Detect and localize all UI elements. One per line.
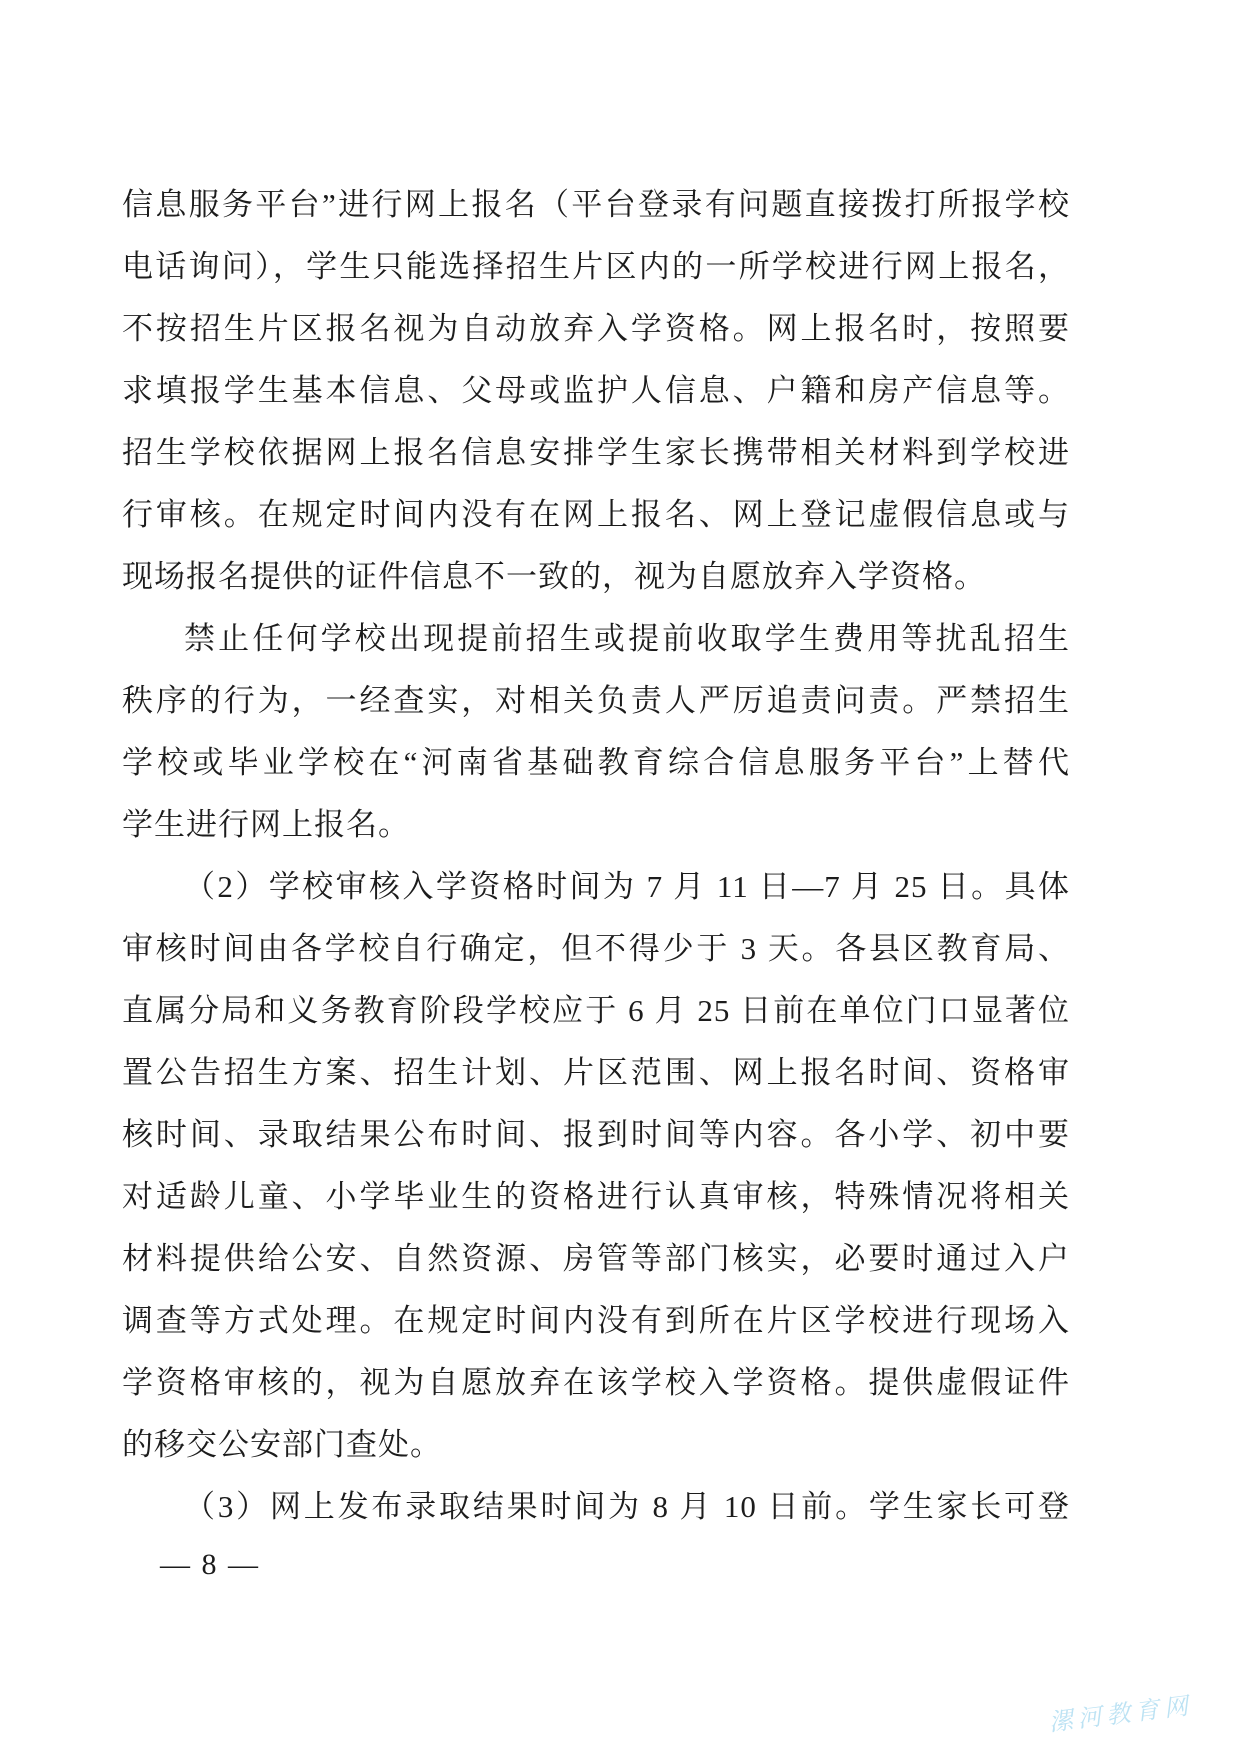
text-line: 调查等方式处理。在规定时间内没有到所在片区学校进行现场入 — [122, 1290, 1070, 1352]
text-line: 电话询问），学生只能选择招生片区内的一所学校进行网上报名， — [122, 236, 1070, 298]
text-line: 学资格审核的，视为自愿放弃在该学校入学资格。提供虚假证件 — [122, 1352, 1070, 1414]
text-line: 行审核。在规定时间内没有在网上报名、网上登记虚假信息或与 — [122, 484, 1070, 546]
text-line: 现场报名提供的证件信息不一致的，视为自愿放弃入学资格。 — [122, 546, 1070, 608]
text-line: 材料提供给公安、自然资源、房管等部门核实，必要时通过入户 — [122, 1228, 1070, 1290]
text-line: 对适龄儿童、小学毕业生的资格进行认真审核，特殊情况将相关 — [122, 1166, 1070, 1228]
text-line: 求填报学生基本信息、父母或监护人信息、户籍和房产信息等。 — [122, 360, 1070, 422]
text-line: 秩序的行为，一经查实，对相关负责人严厉追责问责。严禁招生 — [122, 670, 1070, 732]
page-number: — 8 — — [160, 1548, 260, 1582]
text-line: 招生学校依据网上报名信息安排学生家长携带相关材料到学校进 — [122, 422, 1070, 484]
text-line: 禁止任何学校出现提前招生或提前收取学生费用等扰乱招生 — [122, 608, 1070, 670]
text-line: 置公告招生方案、招生计划、片区范围、网上报名时间、资格审 — [122, 1042, 1070, 1104]
text-line: 不按招生片区报名视为自动放弃入学资格。网上报名时，按照要 — [122, 298, 1070, 360]
text-line: 学校或毕业学校在“河南省基础教育综合信息服务平台”上替代 — [122, 732, 1070, 794]
text-line: （2）学校审核入学资格时间为 7 月 11 日—7 月 25 日。具体 — [122, 856, 1070, 918]
text-line: 核时间、录取结果公布时间、报到时间等内容。各小学、初中要 — [122, 1104, 1070, 1166]
document-page: 信息服务平台”进行网上报名（平台登录有问题直接拨打所报学校 电话询问），学生只能… — [0, 0, 1240, 1754]
watermark-stamp: 漯河教育网 — [1046, 1685, 1194, 1737]
text-line: 信息服务平台”进行网上报名（平台登录有问题直接拨打所报学校 — [122, 174, 1070, 236]
document-body: 信息服务平台”进行网上报名（平台登录有问题直接拨打所报学校 电话询问），学生只能… — [122, 174, 1070, 1538]
text-line: 的移交公安部门查处。 — [122, 1414, 1070, 1476]
text-line: 审核时间由各学校自行确定，但不得少于 3 天。各县区教育局、 — [122, 918, 1070, 980]
text-line: 学生进行网上报名。 — [122, 794, 1070, 856]
text-line: 直属分局和义务教育阶段学校应于 6 月 25 日前在单位门口显著位 — [122, 980, 1070, 1042]
text-line: （3）网上发布录取结果时间为 8 月 10 日前。学生家长可登 — [122, 1476, 1070, 1538]
